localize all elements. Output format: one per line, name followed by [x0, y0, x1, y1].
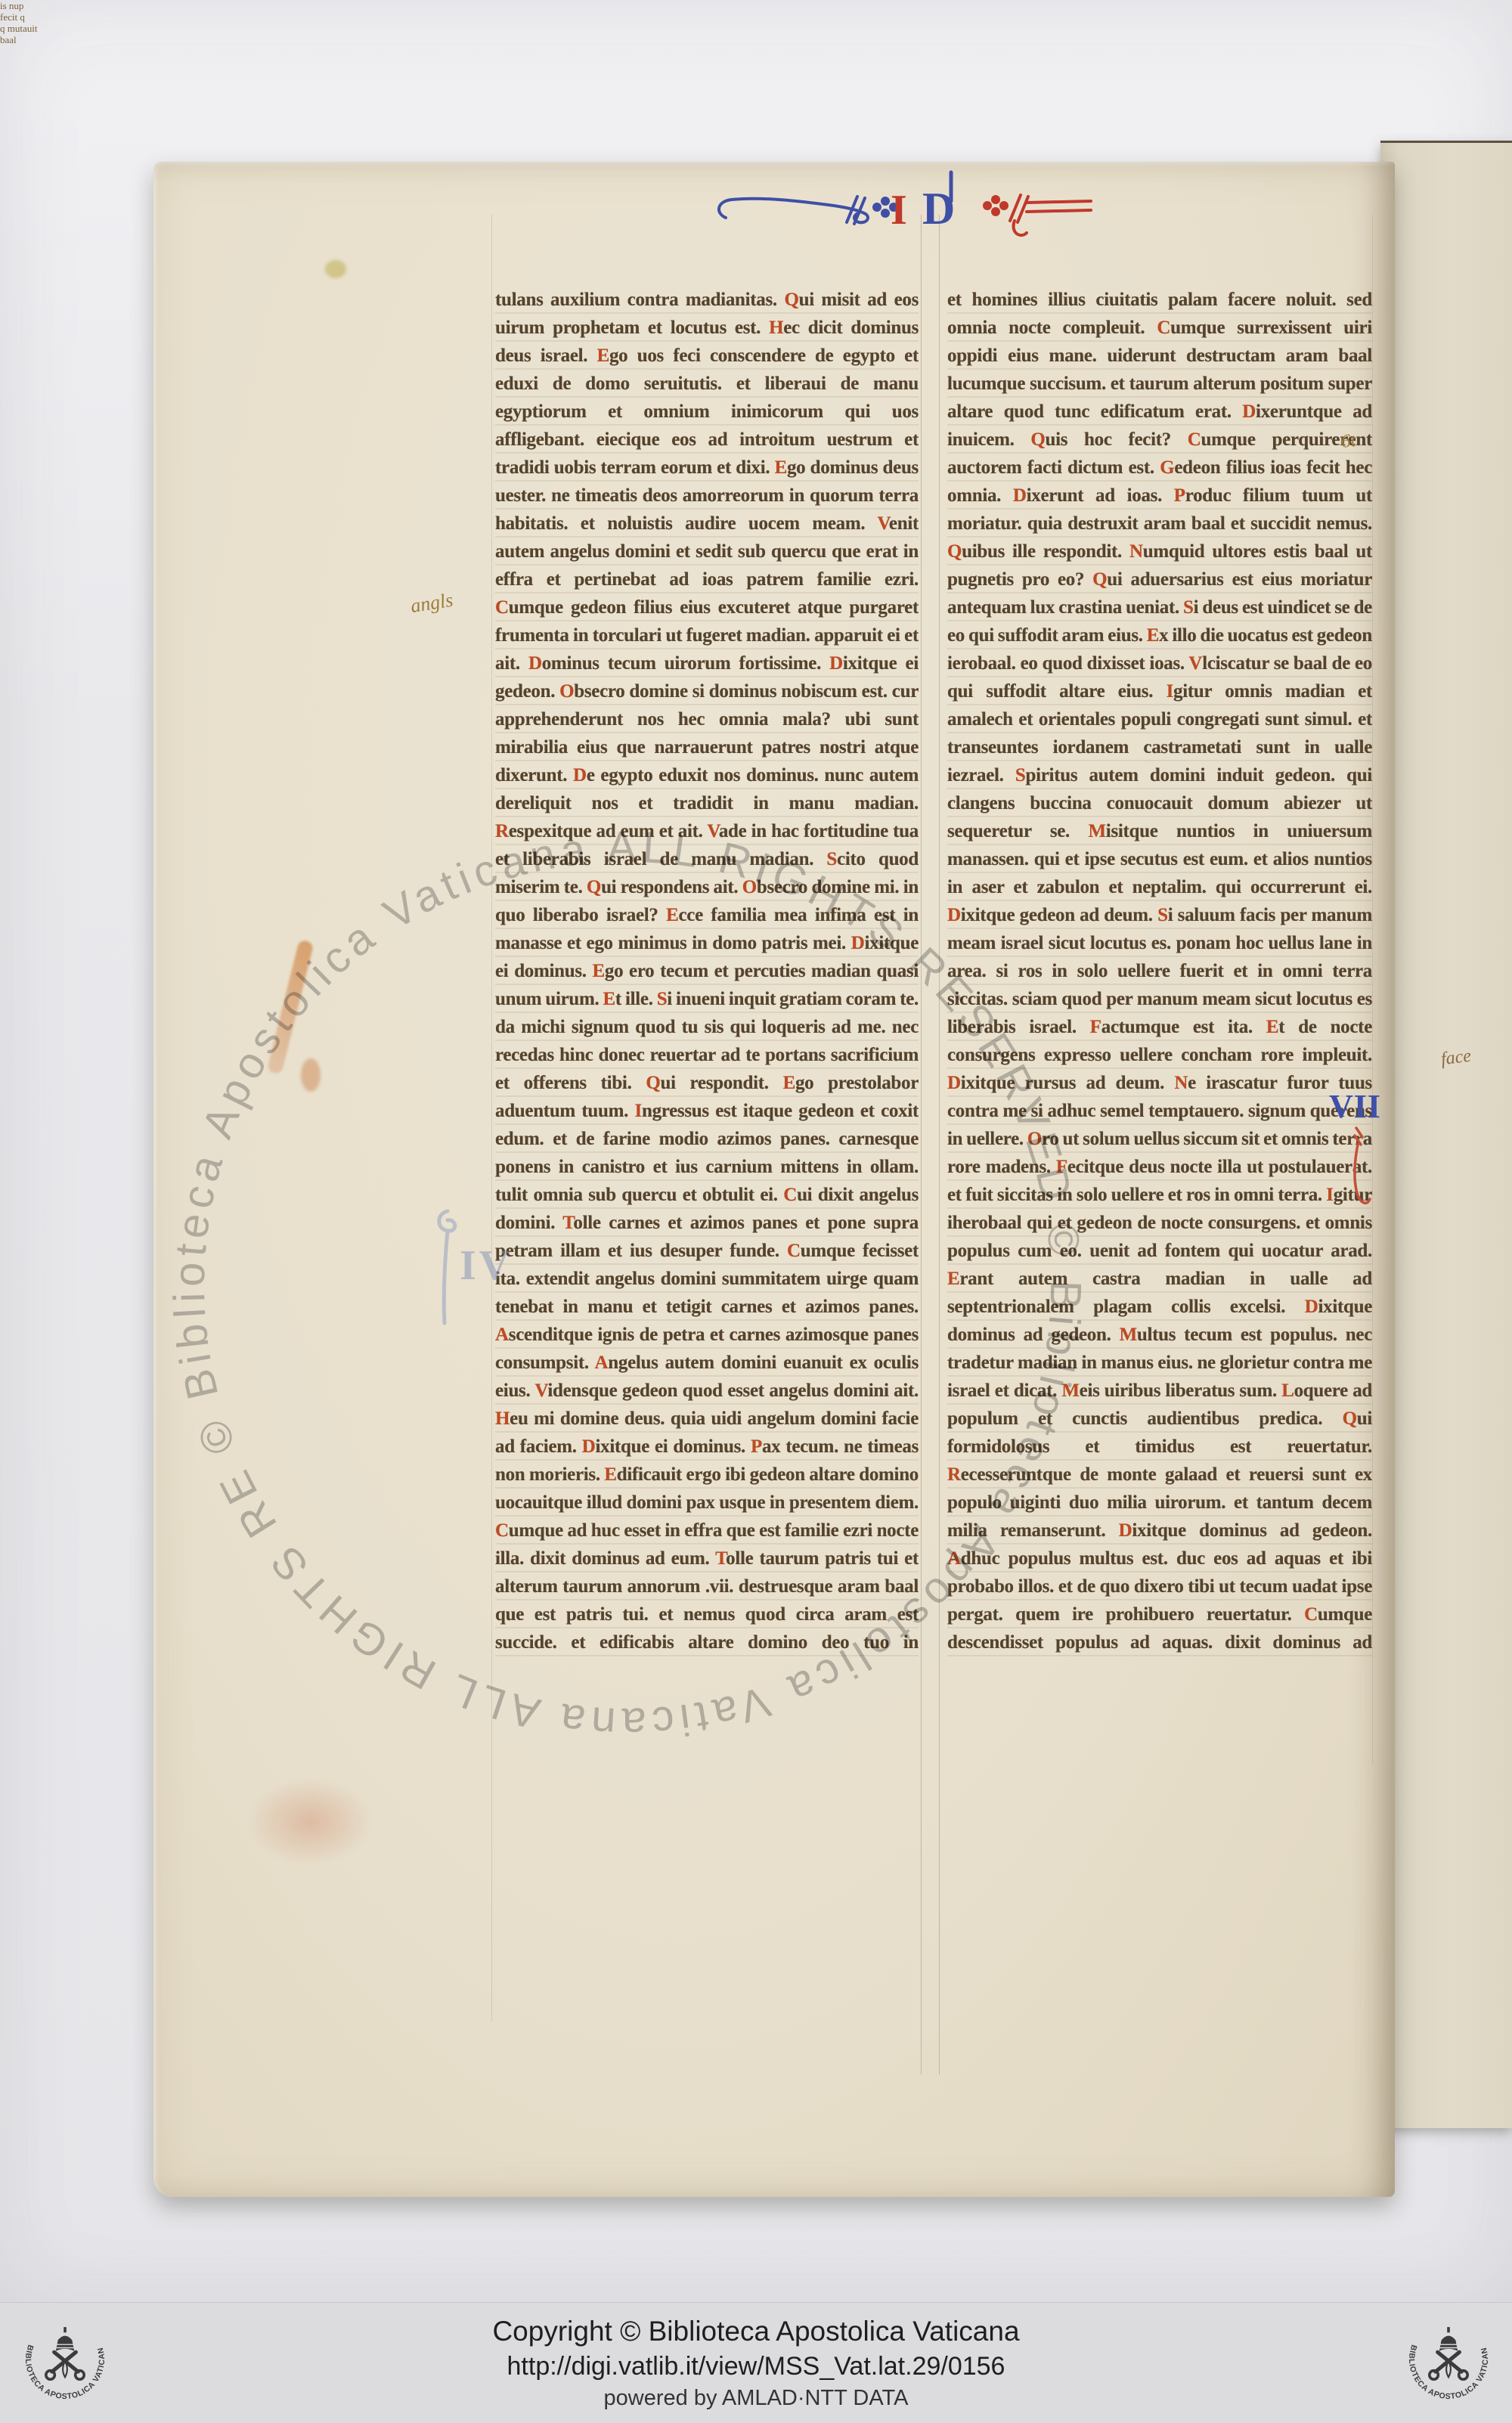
watermark-ring-text: © Biblioteca Apostolica Vaticana ALL RIG…: [0, 0, 1232, 1960]
vatican-emblem-icon: BIBLIOTECA APOSTOLICA VATICANA: [20, 2307, 110, 2418]
vatican-library-logo-left: BIBLIOTECA APOSTOLICA VATICANA: [20, 2307, 110, 2418]
footer-url: http://digi.vatlib.it/view/MSS_Vat.lat.2…: [507, 2352, 1005, 2381]
logo-curved-text: BIBLIOTECA APOSTOLICA VATICANA: [20, 2310, 107, 2401]
footer-powered-by: powered by AMLAD·NTT DATA: [604, 2386, 909, 2411]
vatican-library-logo-right: BIBLIOTECA APOSTOLICA VATICANA: [1403, 2307, 1494, 2418]
footer-copyright: Copyright © Biblioteca Apostolica Vatica…: [492, 2316, 1019, 2347]
manuscript-photo: I D tulans auxilium contra madianitas. Q…: [0, 0, 1512, 2302]
vatican-emblem-icon: BIBLIOTECA APOSTOLICA VATICANA: [1403, 2307, 1494, 2418]
footer-text: Copyright © Biblioteca Apostolica Vatica…: [492, 2316, 1019, 2411]
screenshot-root: I D tulans auxilium contra madianitas. Q…: [0, 0, 1512, 2423]
svg-text:BIBLIOTECA APOSTOLICA VATICANA: BIBLIOTECA APOSTOLICA VATICANA: [1403, 2310, 1490, 2401]
footer-bar: Copyright © Biblioteca Apostolica Vatica…: [0, 2302, 1512, 2423]
copyright-watermark: © Biblioteca Apostolica Vaticana ALL RIG…: [0, 0, 1512, 2302]
svg-text:© Biblioteca Apostolica Vatica: © Biblioteca Apostolica Vaticana ALL RIG…: [0, 0, 1232, 1960]
svg-text:BIBLIOTECA APOSTOLICA VATICANA: BIBLIOTECA APOSTOLICA VATICANA: [20, 2310, 107, 2401]
logo-curved-text: BIBLIOTECA APOSTOLICA VATICANA: [1403, 2310, 1490, 2401]
